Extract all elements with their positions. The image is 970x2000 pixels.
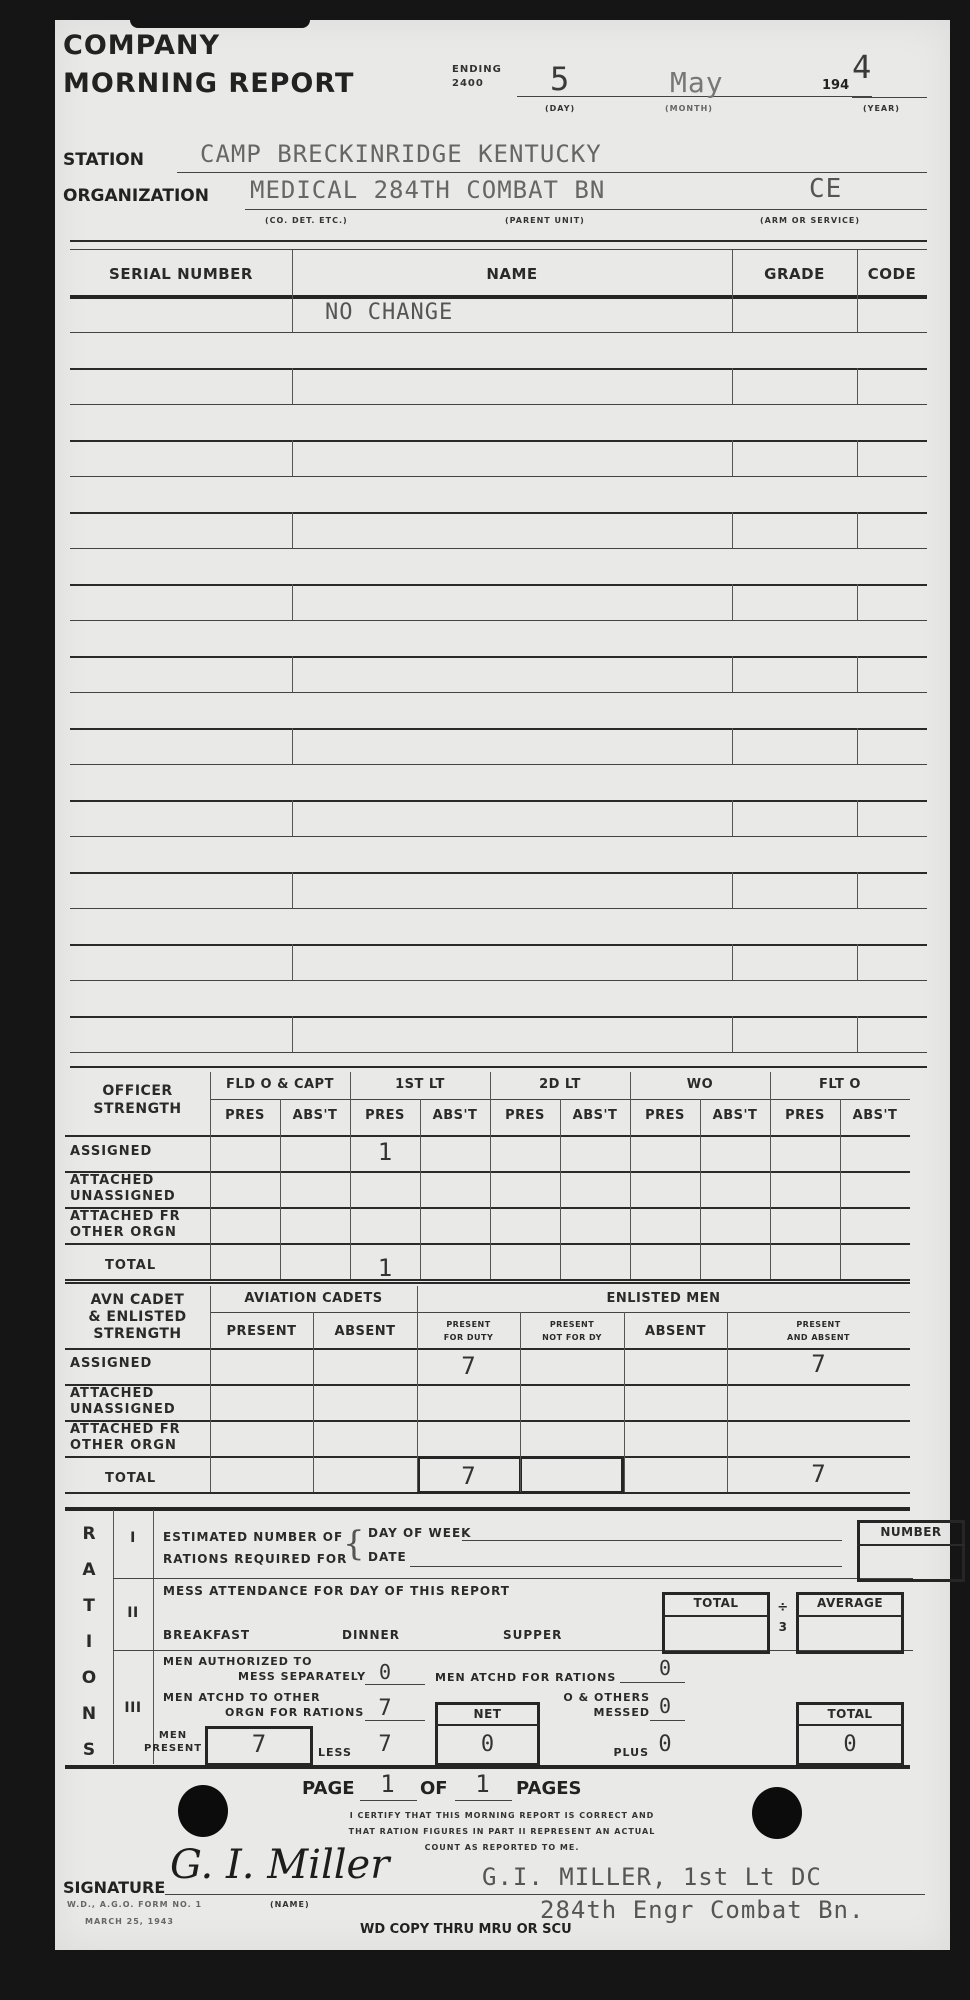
officer-total-1st-lt-pres: 1 xyxy=(350,1254,420,1282)
page-label: PAGE xyxy=(302,1778,355,1799)
col-header-serial: SERIAL NUMBER xyxy=(70,265,292,283)
divide-icon: ÷ xyxy=(770,1600,796,1615)
enlisted-row-attached-fr-other: ATTACHED FR OTHER ORGN xyxy=(70,1422,181,1454)
co-caption: (CO. DET. ETC.) xyxy=(265,216,348,225)
month-caption: (MONTH) xyxy=(665,104,713,113)
rations-total-value: 0 xyxy=(796,1732,904,1757)
year-digit: 4 xyxy=(852,48,872,86)
morning-report-form: COMPANY MORNING REPORT ENDING 2400 5 May… xyxy=(55,20,950,1950)
arm-service-caption: (ARM OR SERVICE) xyxy=(760,216,860,225)
net-value: 0 xyxy=(435,1732,540,1757)
group-aviation-cadets: AVIATION CADETS xyxy=(210,1291,417,1306)
officer-assigned-1st-lt-pres: 1 xyxy=(350,1138,420,1166)
mess-average-label: AVERAGE xyxy=(796,1596,904,1610)
dinner-label: DINNER xyxy=(342,1628,400,1642)
men-atchd-other-label: MEN ATCHD TO OTHER ORGN FOR RATIONS xyxy=(163,1690,364,1720)
officer-row-total: TOTAL xyxy=(105,1258,156,1273)
year-caption: (YEAR) xyxy=(863,104,900,113)
number-label: NUMBER xyxy=(857,1525,965,1539)
ending-time-label: 2400 xyxy=(452,78,484,89)
em-col-present-and-absent: PRESENT AND ABSENT xyxy=(727,1318,910,1344)
em-total-present-and-absent: 7 xyxy=(727,1460,910,1488)
enlisted-strength-table: AVN CADET & ENLISTED STRENGTH AVIATION C… xyxy=(65,1286,927,1496)
form-number: W.D., A.G.O. FORM NO. 1 xyxy=(67,1900,202,1909)
officer-row-assigned: ASSIGNED xyxy=(70,1144,152,1159)
em-assigned-present-and-absent: 7 xyxy=(727,1350,910,1378)
men-present-label: MEN PRESENT xyxy=(143,1729,203,1755)
group-flt-o: FLT O xyxy=(770,1077,910,1092)
organization-value: MEDICAL 284TH COMBAT BN xyxy=(250,176,605,204)
col-header-code: CODE xyxy=(857,265,927,283)
arm-service-value: CE xyxy=(809,174,842,204)
men-atchd-for-rations-label: MEN ATCHD FOR RATIONS xyxy=(435,1671,616,1684)
paper-tab-notch xyxy=(130,14,310,28)
ending-label: ENDING xyxy=(452,64,502,75)
em-col-absent: ABSENT xyxy=(624,1324,727,1339)
o-others-messed-label: O & OTHERS MESSED xyxy=(550,1690,650,1720)
men-authorized-value: 0 xyxy=(365,1660,405,1684)
group-enlisted-men: ENLISTED MEN xyxy=(417,1291,910,1306)
station-value: CAMP BRECKINRIDGE KENTUCKY xyxy=(200,140,602,168)
part-i-numeral: I xyxy=(113,1530,153,1546)
em-assigned-present-for-duty: 7 xyxy=(417,1352,520,1380)
form-title-morning-report: MORNING REPORT xyxy=(63,68,354,99)
enlisted-row-assigned: ASSIGNED xyxy=(70,1356,152,1371)
year-prefix: 194 xyxy=(822,78,849,93)
copy-routing-note: WD COPY THRU MRU OR SCU xyxy=(360,1922,572,1937)
officer-strength-table: OFFICER STRENGTH FLD O & CAPT 1ST LT 2D … xyxy=(65,1072,927,1282)
date-label: DATE xyxy=(368,1550,407,1564)
punch-hole-left xyxy=(178,1785,228,1837)
em-col-present-for-duty: PRESENT FOR DUTY xyxy=(417,1318,520,1344)
of-value: 1 xyxy=(455,1770,510,1798)
pages-label: PAGES xyxy=(516,1778,582,1799)
men-authorized-label: MEN AUTHORIZED TO MESS SEPARATELY xyxy=(163,1654,366,1684)
handwritten-signature: G. I. Miller xyxy=(170,1842,389,1888)
name-caption: (NAME) xyxy=(270,1900,310,1909)
less-label: LESS xyxy=(318,1746,352,1759)
o-others-messed-value: 0 xyxy=(645,1694,685,1718)
day-value: 5 xyxy=(550,60,570,98)
month-value: May xyxy=(670,66,724,99)
enlisted-row-total: TOTAL xyxy=(105,1471,156,1486)
page-value: 1 xyxy=(360,1770,415,1798)
station-label: STATION xyxy=(63,150,144,170)
breakfast-label: BREAKFAST xyxy=(163,1628,250,1642)
plus-label: PLUS xyxy=(565,1746,649,1759)
rations-side-label: R A T I O N S xyxy=(65,1516,113,1768)
divide-by-value: 3 xyxy=(770,1620,796,1634)
signer-typed-unit: 284th Engr Combat Bn. xyxy=(540,1896,864,1924)
form-title-company: COMPANY xyxy=(63,30,220,61)
plus-value: 0 xyxy=(645,1732,685,1757)
organization-label: ORGANIZATION xyxy=(63,186,209,206)
officer-row-attached-fr-other: ATTACHED FR OTHER ORGN xyxy=(70,1209,181,1241)
day-caption: (DAY) xyxy=(545,104,575,113)
col-header-name: NAME xyxy=(292,265,732,283)
net-label: NET xyxy=(435,1707,540,1721)
roster-name-entry: NO CHANGE xyxy=(325,300,453,325)
part-iii-numeral: III xyxy=(113,1700,153,1716)
form-date: MARCH 25, 1943 xyxy=(85,1917,174,1926)
officer-row-attached-unassigned: ATTACHED UNASSIGNED xyxy=(70,1173,176,1205)
supper-label: SUPPER xyxy=(503,1628,562,1642)
enlisted-row-attached-unassigned: ATTACHED UNASSIGNED xyxy=(70,1386,176,1418)
brace-icon: { xyxy=(343,1524,365,1564)
em-col-present-not-for-dy: PRESENT NOT FOR DY xyxy=(520,1318,624,1344)
rations-total-label: TOTAL xyxy=(796,1707,904,1721)
men-present-value: 7 xyxy=(205,1730,313,1758)
group-2d-lt: 2D LT xyxy=(490,1077,630,1092)
enlisted-strength-title: AVN CADET & ENLISTED STRENGTH xyxy=(65,1292,210,1343)
group-fld-o-capt: FLD O & CAPT xyxy=(210,1077,350,1092)
men-atchd-other-value: 7 xyxy=(365,1696,405,1721)
of-label: OF xyxy=(420,1778,448,1799)
less-value: 7 xyxy=(365,1732,405,1757)
part-ii-numeral: II xyxy=(113,1605,153,1621)
signature-label: SIGNATURE xyxy=(63,1878,165,1897)
col-header-grade: GRADE xyxy=(732,265,857,283)
men-atchd-for-rations-value: 0 xyxy=(645,1656,685,1680)
signer-typed-name: G.I. MILLER, 1st Lt DC xyxy=(482,1863,822,1891)
group-wo: WO xyxy=(630,1077,770,1092)
mess-attendance-title: MESS ATTENDANCE FOR DAY OF THIS REPORT xyxy=(163,1584,510,1598)
group-1st-lt: 1ST LT xyxy=(350,1077,490,1092)
part-i-text: ESTIMATED NUMBER OF RATIONS REQUIRED FOR xyxy=(163,1526,347,1570)
mess-total-label: TOTAL xyxy=(662,1596,770,1610)
day-of-week-label: DAY OF WEEK xyxy=(368,1526,471,1540)
parent-unit-caption: (PARENT UNIT) xyxy=(505,216,585,225)
officer-strength-title: OFFICER STRENGTH xyxy=(65,1082,210,1118)
roster-table: SERIAL NUMBER NAME GRADE CODE NO CHANGE xyxy=(70,250,927,1080)
rations-section: R A T I O N S I ESTIMATED NUMBER OF RATI… xyxy=(65,1510,927,1772)
